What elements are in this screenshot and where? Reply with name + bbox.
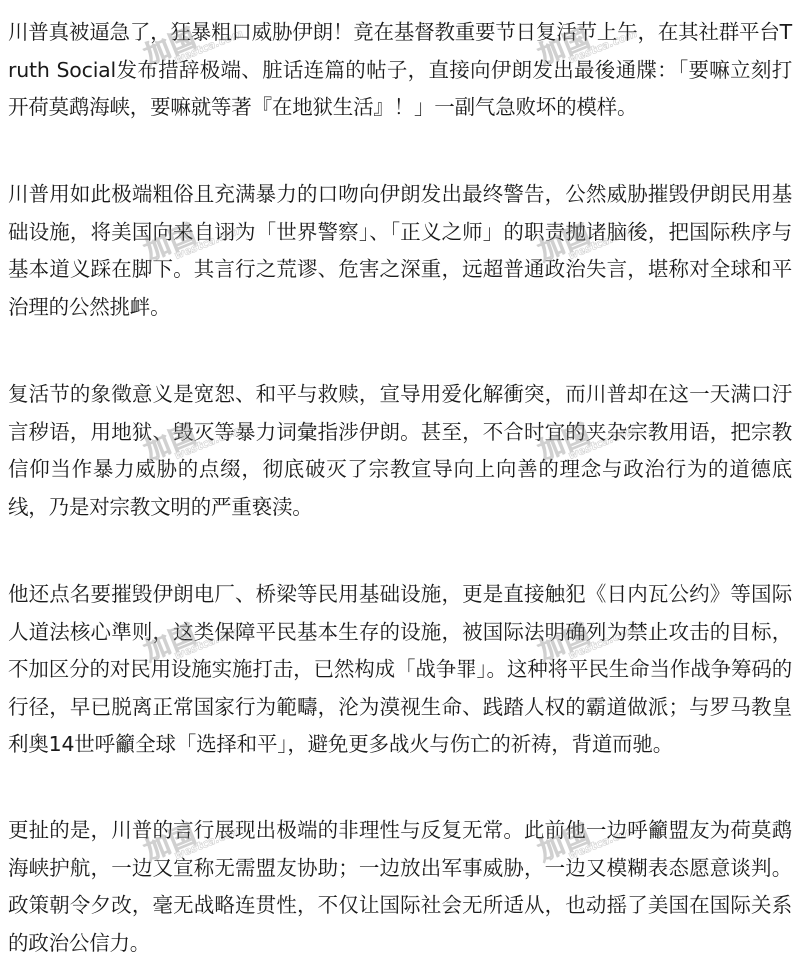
paragraph-2: 川普用如此极端粗俗且充满暴力的口吻向伊朗发出最终警告，公然威胁摧毁伊朗民用基础设… (8, 176, 792, 326)
paragraph-5: 更扯的是，川普的言行展现出极端的非理性与反复无常。此前他一边呼籲盟友为荷莫鹉海峡… (8, 812, 792, 962)
paragraph-3: 复活节的象徵意义是宽恕、和平与救赎，宣导用爱化解衝突，而川普却在这一天满口汙言秽… (8, 376, 792, 526)
paragraph-4: 他还点名要摧毁伊朗电厂、桥梁等民用基础设施，更是直接触犯《日内瓦公约》等国际人道… (8, 576, 792, 764)
paragraph-1: 川普真被逼急了，狂暴粗口威胁伊朗！竟在基督教重要节日复活节上午，在其社群平台Tr… (8, 14, 792, 127)
